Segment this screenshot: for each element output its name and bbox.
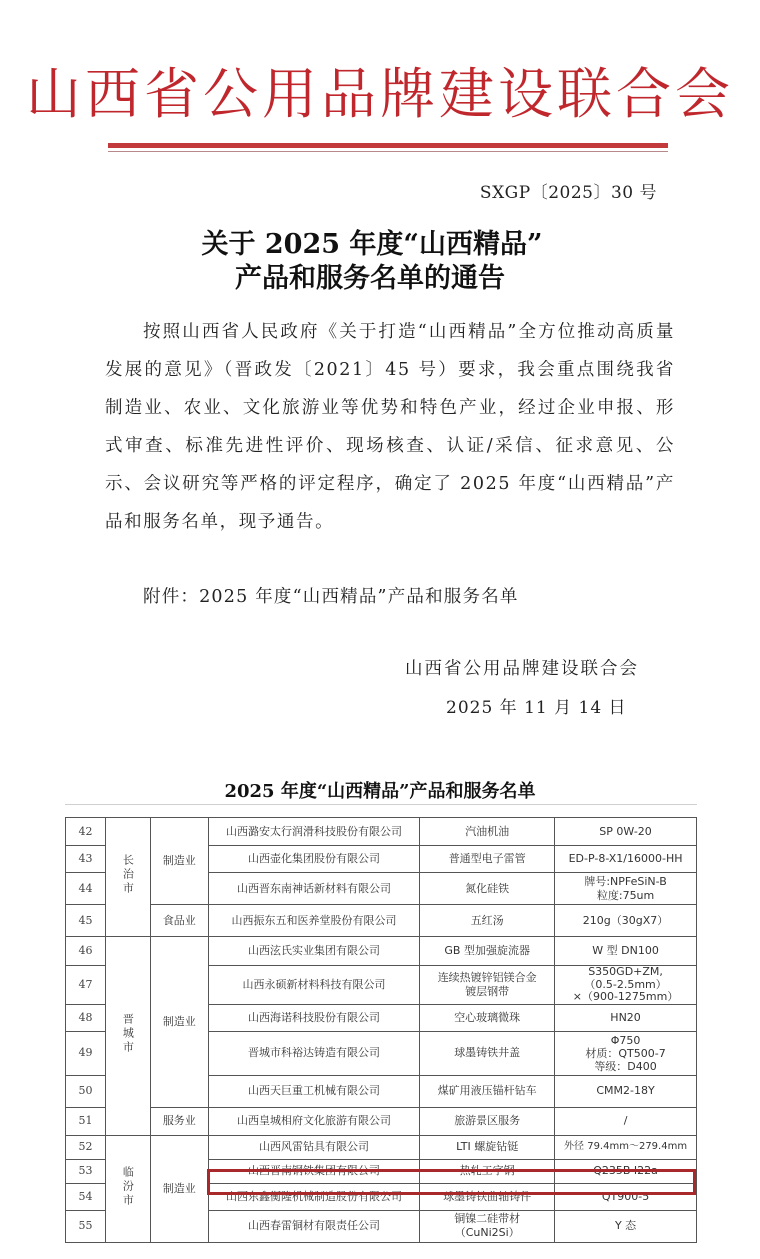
company-cell: 山西春雷铜材有限责任公司	[208, 1210, 420, 1242]
table-row: 52 临汾市 制造业 山西风雷钻具有限公司 LTI 螺旋钻铤 外径 79.4mm…	[66, 1135, 697, 1159]
industry-cell: 制造业	[150, 1135, 208, 1242]
row-number: 49	[66, 1031, 106, 1075]
company-cell: 山西晋东南神话新材料有限公司	[208, 873, 420, 905]
list-title: 2025 年度“山西精品”产品和服务名单	[0, 777, 760, 803]
row-number: 47	[66, 966, 106, 1005]
product-cell: 普通型电子雷管	[420, 846, 555, 873]
company-cell: 山西天巨重工机械有限公司	[208, 1075, 420, 1107]
spec-line: 材质：QT500-7	[557, 1047, 694, 1060]
spec-line: ×（900-1275mm）	[557, 991, 694, 1004]
row-number: 43	[66, 846, 106, 873]
row-number: 46	[66, 937, 106, 966]
company-cell: 山西潞安太行润滑科技股份有限公司	[208, 818, 420, 846]
table-row: 51 服务业 山西皇城相府文化旅游有限公司 旅游景区服务 /	[66, 1107, 697, 1135]
spec-line: 牌号:NPFeSiN-B	[557, 875, 694, 889]
product-cell: 球墨铸铁井盖	[420, 1031, 555, 1075]
company-cell: 山西振东五和医养堂股份有限公司	[208, 905, 420, 937]
spec-cell: /	[555, 1107, 697, 1135]
company-cell: 山西永硕新材料科技有限公司	[208, 966, 420, 1005]
letterhead-rule-thin	[108, 151, 668, 152]
product-cell: 氮化硅铁	[420, 873, 555, 905]
row-number: 48	[66, 1004, 106, 1031]
product-cell: 空心玻璃微珠	[420, 1004, 555, 1031]
list-title-divider	[65, 804, 697, 805]
table-row: 46 晋城市 制造业 山西泫氏实业集团有限公司 GB 型加强旋流器 W 型 DN…	[66, 937, 697, 966]
table-row: 42 长治市 制造业 山西潞安太行润滑科技股份有限公司 汽油机油 SP 0W-2…	[66, 818, 697, 846]
spec-cell: QT900-5	[555, 1183, 697, 1210]
spec-cell: Y 态	[555, 1210, 697, 1242]
city-name: 长治市	[120, 854, 135, 896]
product-cell: 连续热镀锌铝镁合金 镀层钢带	[420, 966, 555, 1005]
product-service-table: 42 长治市 制造业 山西潞安太行润滑科技股份有限公司 汽油机油 SP 0W-2…	[65, 817, 697, 1243]
product-line: 镀层钢带	[422, 985, 552, 999]
issue-date: 2025 年 11 月 14 日	[446, 693, 627, 718]
letterhead-rule-thick	[108, 143, 668, 148]
spec-cell: 外径 79.4mm～279.4mm	[555, 1135, 697, 1159]
product-cell: LTI 螺旋钻铤	[420, 1135, 555, 1159]
city-cell: 晋城市	[105, 937, 150, 1136]
table-row: 45 食品业 山西振东五和医养堂股份有限公司 五红汤 210g（30gX7）	[66, 905, 697, 937]
product-cell: 热轧工字钢	[420, 1159, 555, 1183]
company-cell: 山西东鑫衡隆机械制造股份有限公司	[208, 1183, 420, 1210]
product-line: （CuNi2Si）	[422, 1226, 552, 1240]
industry-cell: 制造业	[150, 818, 208, 905]
product-cell: 汽油机油	[420, 818, 555, 846]
spec-cell: Φ750 材质：QT500-7 等级：D400	[555, 1031, 697, 1075]
spec-cell: HN20	[555, 1004, 697, 1031]
product-cell: 球墨铸铁曲轴铸件	[420, 1183, 555, 1210]
row-number: 52	[66, 1135, 106, 1159]
company-cell: 山西泫氏实业集团有限公司	[208, 937, 420, 966]
spec-cell: S350GD+ZM, （0.5-2.5mm） ×（900-1275mm）	[555, 966, 697, 1005]
product-cell: 旅游景区服务	[420, 1107, 555, 1135]
attachment-note: 附件：2025 年度“山西精品”产品和服务名单	[143, 583, 519, 608]
product-cell: 煤矿用液压锚杆钻车	[420, 1075, 555, 1107]
spec-cell: 牌号:NPFeSiN-B 粒度:75um	[555, 873, 697, 905]
industry-cell: 服务业	[150, 1107, 208, 1135]
issuing-organization: 山西省公用品牌建设联合会	[405, 655, 639, 680]
spec-line: 粒度:75um	[557, 889, 694, 903]
industry-cell: 食品业	[150, 905, 208, 937]
spec-line: S350GD+ZM,	[557, 966, 694, 979]
industry-cell: 制造业	[150, 937, 208, 1108]
notice-title-line2: 产品和服务名单的通告	[0, 256, 750, 295]
row-number: 51	[66, 1107, 106, 1135]
product-line: 铜镍二硅带材	[422, 1212, 552, 1226]
spec-cell: CMM2-18Y	[555, 1075, 697, 1107]
spec-cell: ED-P-8-X1/16000-HH	[555, 846, 697, 873]
city-name: 晋城市	[120, 1013, 135, 1055]
city-name: 临汾市	[120, 1166, 135, 1208]
row-number: 42	[66, 818, 106, 846]
product-line: 连续热镀锌铝镁合金	[422, 971, 552, 985]
document-number: SXGP〔2025〕30 号	[480, 178, 657, 203]
row-number: 44	[66, 873, 106, 905]
row-number: 55	[66, 1210, 106, 1242]
company-cell: 山西壶化集团股份有限公司	[208, 846, 420, 873]
city-cell: 长治市	[105, 818, 150, 937]
spec-cell: Q235B I22a	[555, 1159, 697, 1183]
row-number: 53	[66, 1159, 106, 1183]
company-cell: 山西晋南钢铁集团有限公司	[208, 1159, 420, 1183]
spec-line: Φ750	[557, 1034, 694, 1047]
organization-letterhead: 山西省公用品牌建设联合会	[0, 58, 760, 130]
company-cell: 山西风雷钻具有限公司	[208, 1135, 420, 1159]
spec-cell: SP 0W-20	[555, 818, 697, 846]
company-cell: 山西海诺科技股份有限公司	[208, 1004, 420, 1031]
city-cell: 临汾市	[105, 1135, 150, 1242]
company-cell: 山西皇城相府文化旅游有限公司	[208, 1107, 420, 1135]
notice-body-paragraph: 按照山西省人民政府《关于打造“山西精品”全方位推动高质量发展的意见》（晋政发〔2…	[105, 313, 675, 541]
row-number: 45	[66, 905, 106, 937]
spec-cell: W 型 DN100	[555, 937, 697, 966]
spec-line: 等级：D400	[557, 1060, 694, 1073]
spec-cell: 210g（30gX7）	[555, 905, 697, 937]
product-cell: 五红汤	[420, 905, 555, 937]
row-number: 50	[66, 1075, 106, 1107]
company-cell: 晋城市科裕达铸造有限公司	[208, 1031, 420, 1075]
product-cell: 铜镍二硅带材 （CuNi2Si）	[420, 1210, 555, 1242]
row-number: 54	[66, 1183, 106, 1210]
product-cell: GB 型加强旋流器	[420, 937, 555, 966]
